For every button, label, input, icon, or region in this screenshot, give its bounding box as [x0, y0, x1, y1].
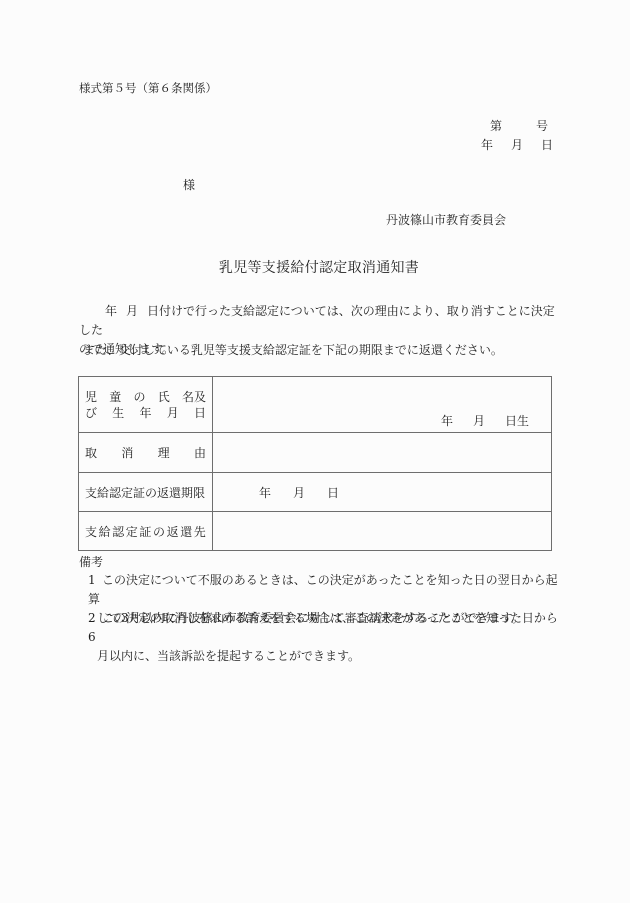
- return-destination-field[interactable]: [213, 512, 552, 551]
- doc-date-day: 日: [541, 136, 553, 153]
- return-deadline-field[interactable]: 年月日: [213, 473, 552, 512]
- body-paragraph-2: また、交付している乳児等支援支給認定証を下記の期限までに返還ください。: [79, 341, 503, 358]
- label-char: び: [85, 405, 97, 421]
- label-char: 理: [158, 445, 170, 461]
- birth-day: 日生: [505, 414, 529, 428]
- document-date: 年月日: [481, 136, 553, 153]
- birth-date: 年月日生: [441, 412, 529, 429]
- form-table: 児 童 の 氏 名及 び 生 年 月 日 年月日生 取 消 理 由: [78, 376, 552, 551]
- document-title-text: 乳児等支援給付認定取消通知書: [219, 260, 419, 276]
- label-line: 取 消 理 由: [85, 445, 206, 461]
- document-number: 第号: [490, 117, 548, 134]
- doc-date-month: 月: [511, 136, 541, 153]
- table-row-return-destination: 支給認定証の返還先: [79, 512, 552, 551]
- doc-number-suffix: 号: [536, 117, 548, 134]
- form-number: 様式第５号（第６条関係）: [79, 80, 217, 96]
- child-name-birthdate-field[interactable]: 年月日生: [213, 377, 552, 433]
- doc-date-year: 年: [481, 136, 511, 153]
- note-line-2: 月以内に、当該訴訟を提起することができます。: [88, 647, 558, 666]
- label-char: 年: [139, 405, 151, 421]
- label-child-name-birthdate: 児 童 の 氏 名及 び 生 年 月 日: [79, 377, 213, 433]
- label-char: 童: [109, 389, 121, 405]
- table-row-return-deadline: 支給認定証の返還期限 年月日: [79, 473, 552, 512]
- para2-text: また、交付している乳児等支援支給認定証を下記の期限までに返還ください。: [83, 343, 503, 357]
- return-deadline-date: 年月日: [213, 486, 339, 500]
- label-return-destination: 支給認定証の返還先: [79, 512, 213, 551]
- label-char: の: [133, 389, 145, 405]
- note-number: 2: [88, 609, 102, 628]
- deadline-year: 年: [259, 484, 293, 501]
- table-row-child-name: 児 童 の 氏 名及 び 生 年 月 日 年月日生: [79, 377, 552, 433]
- label-char: 消: [121, 445, 133, 461]
- cancel-reason-field[interactable]: [213, 433, 552, 473]
- label-char: 名及: [182, 389, 206, 405]
- deadline-day: 日: [327, 486, 339, 500]
- notes-title: 備考: [79, 553, 103, 570]
- issuer-name: 丹波篠山市教育委員会: [386, 211, 506, 228]
- decision-date-month: 月: [126, 302, 147, 321]
- doc-number-prefix: 第: [490, 117, 536, 134]
- label-return-deadline: 支給認定証の返還期限: [79, 473, 213, 512]
- label-char: 日: [194, 405, 206, 421]
- label-line-1: 児 童 の 氏 名及: [85, 389, 206, 405]
- label-cancel-reason: 取 消 理 由: [79, 433, 213, 473]
- label-char: 児: [85, 389, 97, 405]
- label-char: 氏: [158, 389, 170, 405]
- note-item-2: 2この決定の取消しを求める訴えをする場合は、この決定があったことを知った日から6…: [88, 609, 558, 666]
- note-number: 1: [88, 571, 102, 590]
- birth-month: 月: [473, 412, 505, 429]
- decision-date-day: 日: [147, 304, 159, 318]
- recipient-honorific: 様: [183, 176, 195, 193]
- decision-date: 年月日: [105, 304, 159, 318]
- document-title: 乳児等支援給付認定取消通知書: [0, 257, 630, 277]
- note-line-1: この決定について不服のあるときは、この決定があったことを知った日の翌日から起算: [88, 573, 558, 606]
- decision-date-year: 年: [105, 302, 126, 321]
- label-char: 取: [85, 445, 97, 461]
- label-char: 月: [167, 405, 179, 421]
- deadline-month: 月: [293, 484, 327, 501]
- table-row-cancel-reason: 取 消 理 由: [79, 433, 552, 473]
- birth-year: 年: [441, 412, 473, 429]
- label-char: 生: [112, 405, 124, 421]
- label-char: 由: [194, 445, 206, 461]
- label-line-2: び 生 年 月 日: [85, 405, 206, 421]
- note-line-1: この決定の取消しを求める訴えをする場合は、この決定があったことを知った日から6: [88, 611, 558, 644]
